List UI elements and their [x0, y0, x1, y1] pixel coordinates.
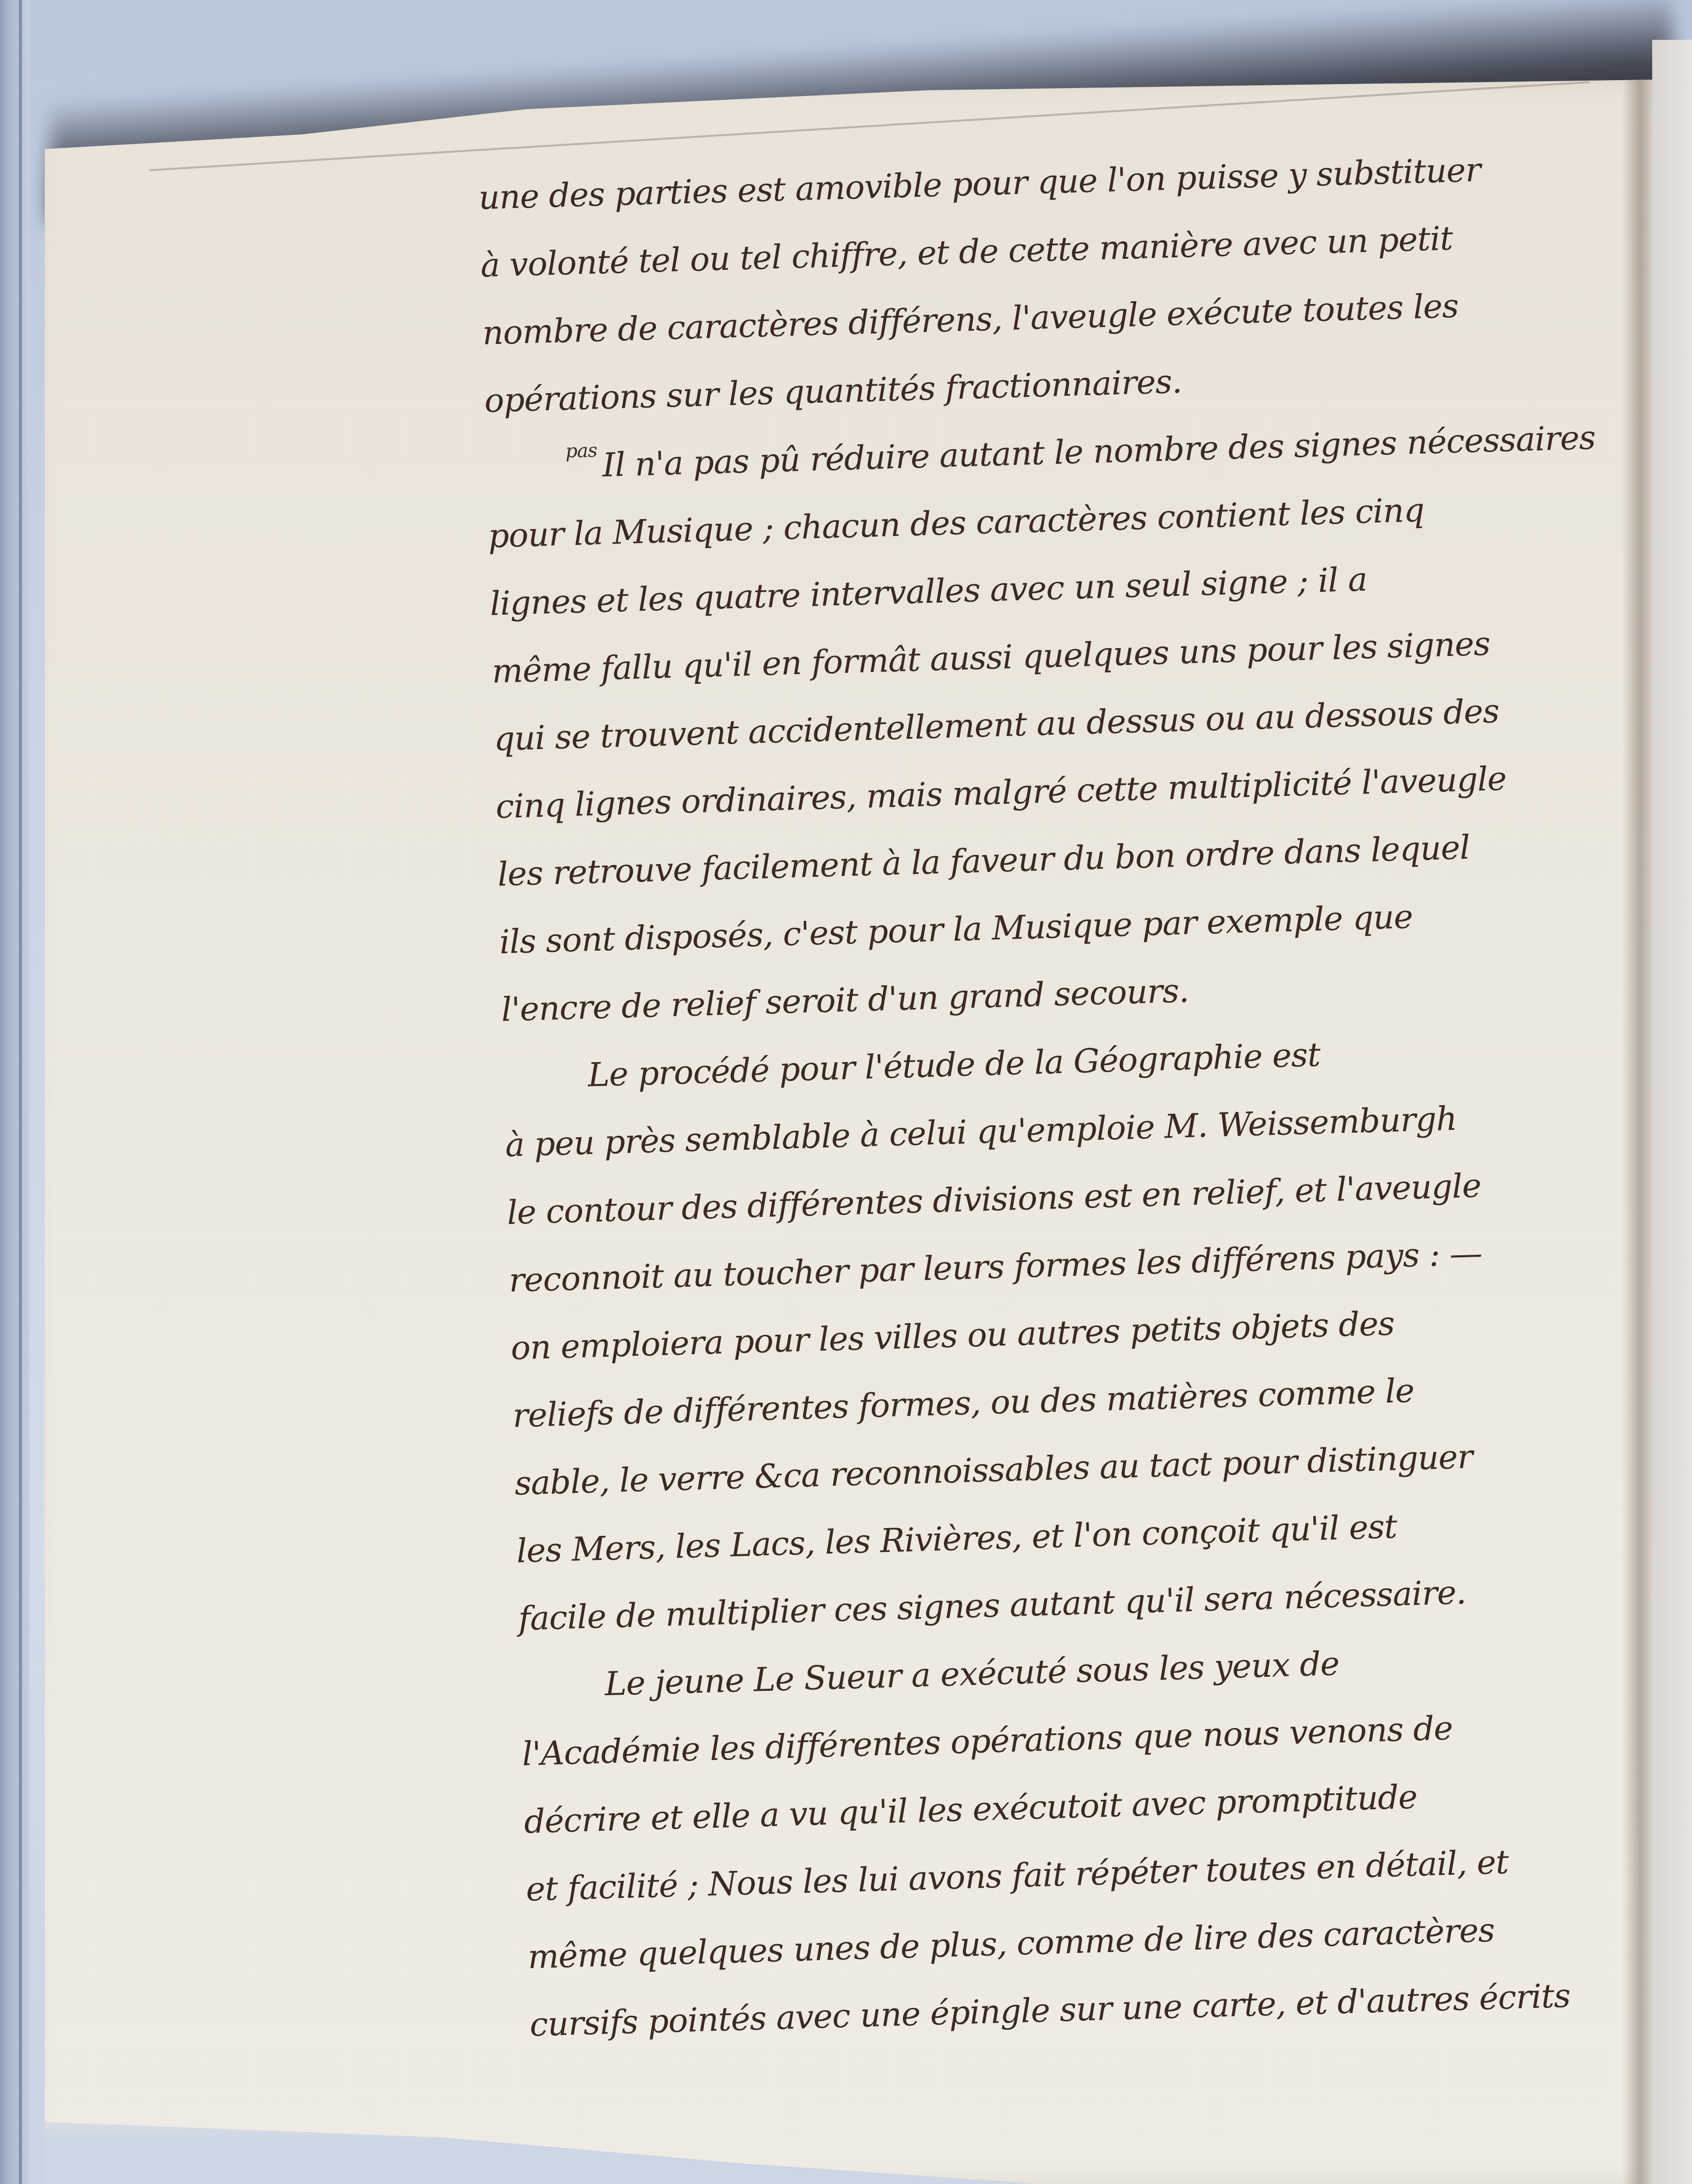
manuscript-text: une des parties est amovible pour que l'… — [478, 132, 1665, 2059]
text-line-content: Il n'a pas pû réduire autant le nombre d… — [602, 419, 1595, 485]
interlinear-insertion: pas — [565, 439, 598, 462]
frame-edge — [0, 0, 30, 2184]
frame-line — [19, 0, 22, 2184]
